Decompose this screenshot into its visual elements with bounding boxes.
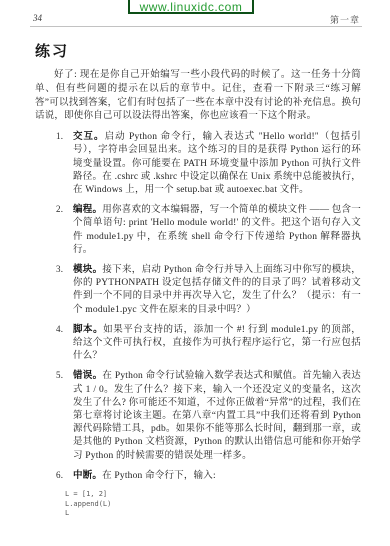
exercise-lead: 编程。 <box>73 204 102 215</box>
exercise-item-6: 6. 中断。在 Python 命令行下，输入: <box>35 469 361 483</box>
running-header: 34 第一章 <box>30 13 362 27</box>
watermark-url-text: www.linuxidc.com <box>140 0 243 14</box>
scanned-book-page: www.linuxidc.com 34 第一章 练习 好了: 现在是你自己开始编… <box>0 0 390 546</box>
chapter-label: 第一章 <box>330 13 362 26</box>
exercise-list: 1. 交互。启动 Python 命令行，输入表达式 "Hello world!"… <box>35 130 361 518</box>
watermark-url-box: www.linuxidc.com <box>128 0 254 14</box>
exercise-body: 在 Python 命令行试验输入数学表达式和赋值。首先输入表达式 1 / 0。发… <box>73 371 361 460</box>
exercise-text: 错误。在 Python 命令行试验输入数学表达式和赋值。首先输入表达式 1 / … <box>73 369 361 462</box>
exercise-number: 5. <box>56 369 73 462</box>
exercise-body: 接下来，启动 Python 命令行并导入上面练习中你写的模块，你的 PYTHON… <box>73 265 361 315</box>
exercise-text: 交互。启动 Python 命令行，输入表达式 "Hello world!"（包括… <box>73 130 361 197</box>
exercise-body: 启动 Python 命令行，输入表达式 "Hello world!"（包括引号）… <box>73 132 361 195</box>
exercise-text: 模块。接下来，启动 Python 命令行并导入上面练习中你写的模块，你的 PYT… <box>73 263 361 317</box>
exercise-lead: 交互。 <box>73 131 105 142</box>
intro-paragraph: 好了: 现在是你自己开始编写一些小段代码的时候了。这一任务十分简单、但有些问题的… <box>35 69 361 124</box>
code-line: L = [1, 2] <box>65 490 107 498</box>
exercise-lead: 错误。 <box>73 370 102 381</box>
exercise-number: 2. <box>56 203 73 257</box>
exercise-number: 4. <box>56 323 73 364</box>
exercise-lead: 中断。 <box>73 470 102 481</box>
code-line: L.append(L) <box>65 500 111 508</box>
exercise-number: 1. <box>56 130 73 197</box>
exercise-lead: 模块。 <box>73 264 102 275</box>
exercise-item-4: 4. 脚本。如果平台支持的话，添加一个 #! 行到 module1.py 的顶部… <box>35 323 361 364</box>
exercise-number: 3. <box>56 263 73 317</box>
code-line: L <box>65 509 69 517</box>
page-number: 34 <box>30 13 42 23</box>
exercise-text: 脚本。如果平台支持的话，添加一个 #! 行到 module1.py 的顶部，给这… <box>73 323 361 364</box>
exercise-text: 中断。在 Python 命令行下，输入: <box>73 469 361 483</box>
exercise-body: 如果平台支持的话，添加一个 #! 行到 module1.py 的顶部，给这个文件… <box>73 325 361 361</box>
exercise-item-2: 2. 编程。用你喜欢的文本编辑器，写一个简单的模块文件 —— 包含一个简单语句:… <box>35 203 361 257</box>
exercise-body: 在 Python 命令行下，输入: <box>102 471 216 481</box>
exercise-lead: 脚本。 <box>73 324 103 335</box>
exercise-body: 用你喜欢的文本编辑器，写一个简单的模块文件 —— 包含一个简单语句: print… <box>73 205 361 255</box>
exercise-item-5: 5. 错误。在 Python 命令行试验输入数学表达式和赋值。首先输入表达式 1… <box>35 369 361 462</box>
page-content: 练习 好了: 现在是你自己开始编写一些小段代码的时候了。这一任务十分简单、但有些… <box>35 40 361 519</box>
exercise-text: 编程。用你喜欢的文本编辑器，写一个简单的模块文件 —— 包含一个简单语句: pr… <box>73 203 361 257</box>
exercise-item-1: 1. 交互。启动 Python 命令行，输入表达式 "Hello world!"… <box>35 130 361 197</box>
exercise-number: 6. <box>56 469 73 483</box>
exercise-item-3: 3. 模块。接下来，启动 Python 命令行并导入上面练习中你写的模块，你的 … <box>35 263 361 317</box>
section-title: 练习 <box>35 40 361 61</box>
python-code-snippet: L = [1, 2] L.append(L) L <box>65 490 361 519</box>
